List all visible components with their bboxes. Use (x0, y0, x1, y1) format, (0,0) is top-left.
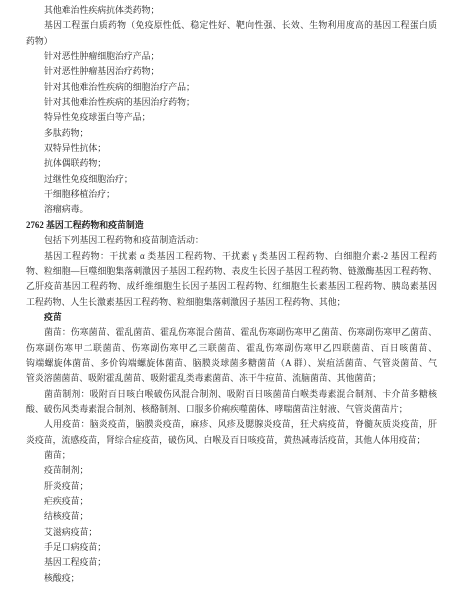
doc-line: 菌苗制剂：吸附百日咳白喉破伤风混合制剂、吸附百日咳菌苗白喉类毒素混合制剂、卡介苗… (26, 387, 437, 402)
doc-line: 艾滋病疫苗； (26, 525, 437, 540)
doc-line: 物、粒细胞—巨噬细胞集落刺激因子基因工程药物、表皮生长因子基因工程药物、链激酶基… (26, 264, 437, 279)
doc-line: 工程药物、人生长激素基因工程药物、粒细胞集落刺激因子基因工程药物、其他； (26, 295, 437, 310)
doc-line: 人用疫苗：脑炎疫苗，脑膜炎疫苗，麻疹、风疹及腮腺炎疫苗，狂犬病疫苗，脊髓灰质炎疫… (26, 417, 437, 432)
doc-line: 针对恶性肿瘤细胞治疗产品； (26, 49, 437, 64)
doc-line: 核酸疫； (26, 571, 437, 586)
doc-line: 手足口病疫苗； (26, 540, 437, 555)
doc-line: 管炎溶菌菌苗、吸附霍乱菌苗、吸附霍乱类毒素菌苗、冻干牛痘苗、流脑菌苗、其他菌苗； (26, 371, 437, 386)
document-text: 其他难治性疾病抗体类药物；基因工程蛋白质药物（免疫原性低、稳定性好、靶向性强、长… (0, 0, 452, 586)
doc-line: 菌苗：伤寒菌苗、霍乱菌苗、霍乱伤寒混合菌苗、霍乱伤寒副伤寒甲乙菌苗、伤寒副伤寒甲… (26, 325, 437, 340)
doc-line: 结核疫苗； (26, 509, 437, 524)
doc-line: 包括下列基因工程药物和疫苗制造活动： (26, 233, 437, 248)
doc-line: 酸、破伤风类毒素混合制剂、核酪制剂、口服多价痢疾噬菌体、哮喘菌苗注射液、气管炎菌… (26, 402, 437, 417)
doc-line: 针对恶性肿瘤基因治疗药物； (26, 64, 437, 79)
doc-line: 针对其他难治性疾病的细胞治疗产品； (26, 80, 437, 95)
doc-line: 基因工程药物：干扰素 α 类基因工程药物、干扰素 γ 类基因工程药物、白细胞介素… (26, 249, 437, 264)
doc-line: 抗体偶联药物； (26, 156, 437, 171)
document-page: 其他难治性疾病抗体类药物；基因工程蛋白质药物（免疫原性低、稳定性好、靶向性强、长… (0, 0, 452, 599)
doc-line: 溶瘤病毒。 (26, 202, 437, 217)
doc-line: 基因工程疫苗； (26, 555, 437, 570)
doc-line: 疟疾疫苗； (26, 494, 437, 509)
doc-line: 乙肝疫苗基因工程药物、成纤维细胞生长因子基因工程药物、红细胞生长素基因工程药物、… (26, 279, 437, 294)
doc-line: 其他难治性疾病抗体类药物； (26, 3, 437, 18)
doc-line: 伤寒副伤寒甲二联菌苗、伤寒副伤寒甲乙三联菌苗、霍乱伤寒副伤寒甲乙四联菌苗、百日咳… (26, 341, 437, 356)
doc-line: 干细胞移植治疗； (26, 187, 437, 202)
subsection-heading: 疫苗 (26, 310, 437, 325)
doc-line: 钩端螺旋体菌苗、多价钩端螺旋体菌苗、脑膜炎球菌多糖菌苗（A 群）、炭疽活菌苗、气… (26, 356, 437, 371)
doc-line: 疫苗制剂； (26, 463, 437, 478)
doc-line: 双特异性抗体； (26, 141, 437, 156)
doc-line: 菌苗； (26, 448, 437, 463)
doc-line: 药物） (26, 34, 437, 49)
doc-line: 炎疫苗，流感疫苗，肾综合症疫苗，破伤风、白喉及百日咳疫苗，黄热减毒活疫苗，其他人… (26, 433, 437, 448)
doc-line: 多肽药物； (26, 126, 437, 141)
doc-line: 过继性免疫细胞治疗； (26, 172, 437, 187)
doc-line: 肝炎疫苗； (26, 479, 437, 494)
doc-line: 针对其他难治性疾病的基因治疗药物； (26, 95, 437, 110)
doc-line: 基因工程蛋白质药物（免疫原性低、稳定性好、靶向性强、长效、生物利用度高的基因工程… (26, 18, 437, 33)
doc-line: 特异性免疫球蛋白等产品； (26, 110, 437, 125)
section-heading: 2762 基因工程药物和疫苗制造 (26, 218, 437, 233)
